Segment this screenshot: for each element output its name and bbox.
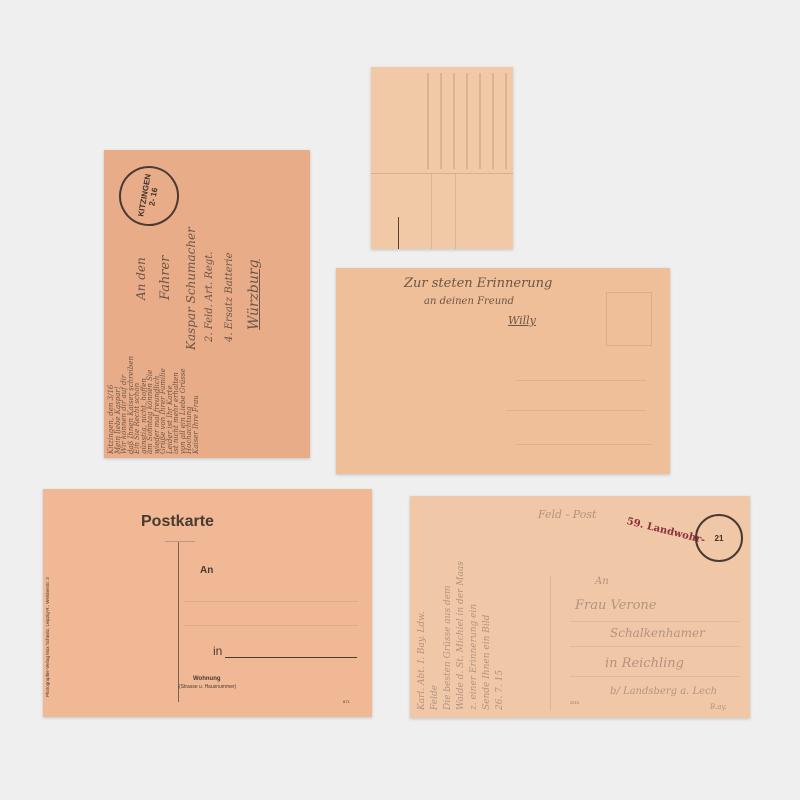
divider-vertical — [431, 173, 432, 249]
message-block: Karl. Abt. I. Bay. Ldw. Felde Die besten… — [416, 500, 546, 710]
postcard-small — [371, 67, 513, 249]
ink-mark — [398, 217, 399, 249]
center-divider — [178, 542, 179, 702]
center-divider — [550, 576, 551, 711]
postcard-feldpost: Feld - Post 59. Landwohr- 21 An Frau Ver… — [410, 496, 750, 718]
postmark-feldpost: 21 — [695, 514, 743, 562]
publisher-imprint: Photographie-Verlag Max Schmitz, Leipzig… — [45, 577, 50, 697]
postcard-postkarte: Postkarte An in Wohnung (Strasse u. Haus… — [43, 489, 372, 717]
message-block: Kitzingen, den 3/16 Mein liebe Kaspar! W… — [108, 314, 198, 454]
divider-vertical — [455, 173, 456, 249]
postkarte-title: Postkarte — [141, 513, 214, 531]
postcard-willy: Zur steten Erinnerung an deinen Freund W… — [336, 268, 670, 474]
stamp-box — [606, 292, 652, 346]
unit-stamp: 59. Landwohr- — [625, 516, 706, 546]
postcard-kitzingen: KITZINGEN2- 16 An den Fahrer Kaspar Schu… — [104, 150, 310, 458]
bleed-through-text — [416, 73, 508, 169]
divider-horizontal — [371, 173, 513, 174]
in-underline — [225, 657, 357, 658]
